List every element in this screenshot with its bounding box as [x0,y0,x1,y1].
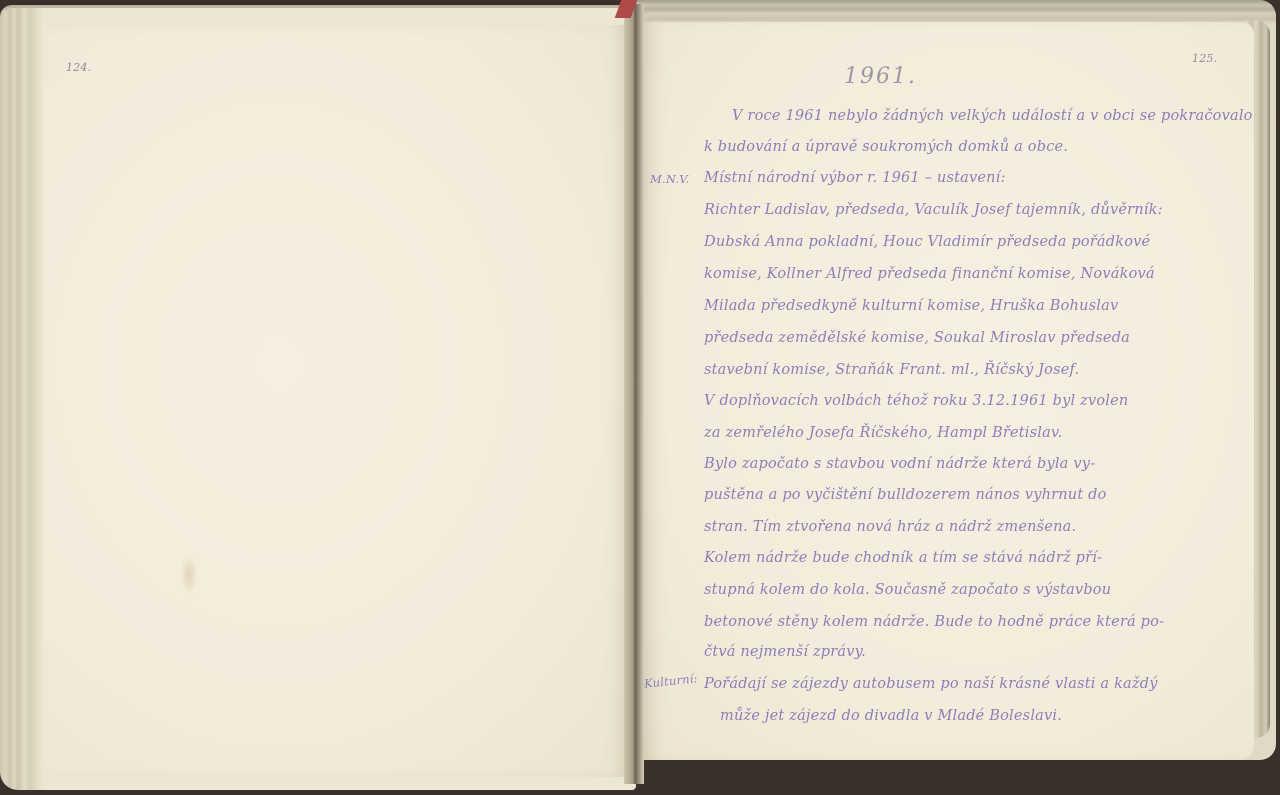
open-chronicle-book: 124. 125. 1961. M.N.V. Kulturní: V roce … [0,0,1280,795]
text-line: Kolem nádrže bude chodník a tím se stává… [704,550,1102,566]
left-page-number: 124. [66,61,91,74]
year-heading: 1961. [844,64,917,89]
text-line: V doplňovacích volbách téhož roku 3.12.1… [704,393,1128,409]
text-line: Pořádají se zájezdy autobusem po naší kr… [704,676,1158,692]
right-page-number: 125. [1192,52,1217,65]
text-line: Bylo započato s stavbou vodní nádrže kte… [704,456,1095,472]
text-line: puštěna a po vyčištění bulldozerem nános… [704,487,1107,503]
text-line: Dubská Anna pokladní, Houc Vladimír před… [704,234,1150,250]
book-gutter [624,4,644,784]
paper-stain [180,555,198,595]
margin-label-mnv: M.N.V. [650,172,690,186]
text-line: komise, Kollner Alfred předseda finanční… [704,266,1155,282]
text-line: může jet zájezd do divadla v Mladé Boles… [720,708,1062,724]
text-line: za zemřelého Josefa Říčského, Hampl Břet… [704,425,1062,441]
text-line: Richter Ladislav, předseda, Vaculík Jose… [704,202,1163,218]
text-line: stran. Tím ztvořena nová hráz a nádrž zm… [704,519,1076,535]
text-line: stupná kolem do kola. Současně započato … [704,582,1111,598]
text-line: stavební komise, Straňák Frant. ml., Říč… [704,362,1079,378]
text-line: betonové stěny kolem nádrže. Bude to hod… [704,614,1164,630]
text-line: Milada předsedkyně kulturní komise, Hruš… [704,298,1118,314]
left-page: 124. [44,25,632,777]
text-line: předseda zemědělské komise, Soukal Miros… [704,330,1130,346]
text-line: k budování a úpravě soukromých domků a o… [704,139,1068,155]
text-line: Místní národní výbor r. 1961 – ustavení: [704,170,1006,186]
text-line: V roce 1961 nebylo žádných velkých událo… [732,108,1253,124]
margin-label-kultura: Kulturní: [643,671,698,691]
text-line: čtvá nejmenší zprávy. [704,644,866,660]
right-page: 125. 1961. M.N.V. Kulturní: V roce 1961 … [640,22,1254,760]
